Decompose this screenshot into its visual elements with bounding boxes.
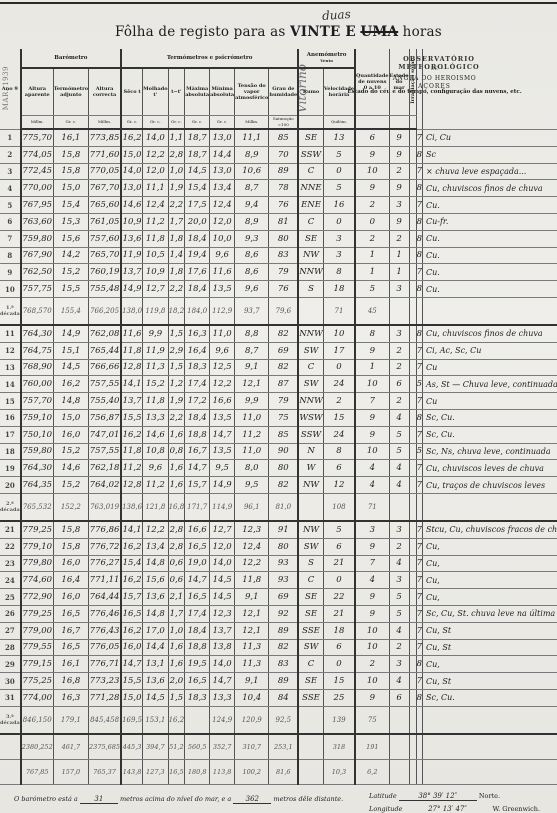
cell-altura-aparente: 779,10 <box>21 538 54 555</box>
cell-diff: 2,1 <box>168 589 185 606</box>
cell-diff: 1,6 <box>168 426 185 443</box>
day-row: 20764,3515,2764,0212,811,21,615,714,99,5… <box>0 477 557 494</box>
cell-rumo: SW <box>298 376 323 393</box>
cell-humidade: 69 <box>269 589 298 606</box>
cell-maxima: 16,5 <box>185 589 210 606</box>
cell-diff: 1,8 <box>168 230 185 247</box>
cell-velocidade: 5 <box>323 180 355 197</box>
day-row: 14760,0016,2757,5514,115,21,217,412,212,… <box>0 376 557 393</box>
cell-rumo: NNW <box>298 264 323 281</box>
cell-minima: 13,5 <box>210 409 235 426</box>
cell-diff: 1,5 <box>168 325 185 342</box>
cell-velocidade: 10 <box>323 325 355 342</box>
cell-humidade: 82 <box>269 359 298 376</box>
cell-rumo: N <box>298 443 323 460</box>
cell-termometro-adjunto: 15,2 <box>53 477 88 494</box>
cell-irradiacao <box>409 297 416 325</box>
register-table: Ano 9 Barómetro Termómetros e psicrómetr… <box>0 49 557 785</box>
cell-maxima: 16,4 <box>185 342 210 359</box>
cell-termometro-adjunto: 15,0 <box>53 409 88 426</box>
cell-velocidade: 6 <box>323 460 355 477</box>
cell-humidade: 92 <box>269 605 298 622</box>
observation-text: Cu, <box>422 572 557 589</box>
cell-tensao: 8,7 <box>235 180 269 197</box>
cell-rumo: SW <box>298 639 323 656</box>
cell-mar: 2 <box>389 393 409 410</box>
cell-termometro-adjunto: 15,3 <box>53 213 88 230</box>
cell-irradiacao <box>409 325 416 342</box>
cell-molhado: 12,4 <box>143 197 168 214</box>
cell-mar: 2 <box>389 538 409 555</box>
observation-text: Cu. <box>422 230 557 247</box>
cell-minima: 13,3 <box>210 689 235 706</box>
cell-termometro-adjunto: 15,8 <box>53 163 88 180</box>
cell-humidade: 89 <box>269 163 298 180</box>
cell-tensao: 310,7 <box>235 734 269 760</box>
cell-irradiacao <box>409 460 416 477</box>
cell-minima: 12,0 <box>210 213 235 230</box>
day-row: 6763,6015,3761,0510,911,21,720,012,08,98… <box>0 213 557 230</box>
cell-tensao: 12,3 <box>235 521 269 538</box>
cell-velocidade: 17 <box>323 342 355 359</box>
cell-rumo: W <box>298 460 323 477</box>
latitude-line: Latitude 38° 39′ 12″ Norte. <box>369 792 500 801</box>
cell-altura-correcta: 763,019 <box>89 493 122 521</box>
cell-minima: 13,5 <box>210 281 235 298</box>
cell-maxima: 16,7 <box>185 443 210 460</box>
col-header-diff: t−t' <box>168 68 185 116</box>
cell-tensao: 12,1 <box>235 605 269 622</box>
cell-termometro-adjunto: 16,5 <box>53 605 88 622</box>
day-row: 21779,2515,8776,8614,112,22,816,612,712,… <box>0 521 557 538</box>
cell-seco: 11,2 <box>121 460 143 477</box>
cell-humidade: 83 <box>269 247 298 264</box>
cell-molhado: 119,8 <box>143 297 168 325</box>
cell-tensao: 11,0 <box>235 409 269 426</box>
cell-minima: 12,2 <box>210 376 235 393</box>
cell-rumo: SSW <box>298 426 323 443</box>
cell-altura-aparente: 764,75 <box>21 342 54 359</box>
cell-termometro-adjunto: 14,8 <box>53 393 88 410</box>
cell-molhado: 11,9 <box>143 342 168 359</box>
cell-diff: 2,2 <box>168 281 185 298</box>
cell-altura-aparente: 764,35 <box>21 477 54 494</box>
cell-humidade: 92,5 <box>269 706 298 734</box>
unit-diff: Gr. c. <box>168 116 185 130</box>
cell-altura-correcta: 771,60 <box>89 146 122 163</box>
cell-maxima: 18,7 <box>185 146 210 163</box>
unit-minima: Gr. c. <box>210 116 235 130</box>
cell-nuvens: 191 <box>355 734 389 760</box>
cell-diff: 1,8 <box>168 264 185 281</box>
cell-tensao: 12,4 <box>235 538 269 555</box>
cell-molhado: 13,4 <box>143 538 168 555</box>
cell-termometro-adjunto: 15,8 <box>53 538 88 555</box>
cell-seco: 15,0 <box>121 689 143 706</box>
cell-altura-aparente: 775,25 <box>21 673 54 690</box>
top-rule <box>0 2 557 4</box>
observation-text: Cu, chuviscos leves de chuva <box>422 460 557 477</box>
cell-rumo: NNW <box>298 325 323 342</box>
cell-tensao: 9,4 <box>235 197 269 214</box>
cell-minima: 13,7 <box>210 622 235 639</box>
cell-altura-correcta: 776,72 <box>89 538 122 555</box>
cell-molhado: 12,2 <box>143 146 168 163</box>
cell-molhado: 14,8 <box>143 555 168 572</box>
observation-text: As, St — Chuva leve, continuada das 15h … <box>422 376 557 393</box>
cell-altura-correcta: 756,87 <box>89 409 122 426</box>
cell-altura-aparente: 768,570 <box>21 297 54 325</box>
cell-irradiacao <box>409 605 416 622</box>
cell-rumo: C <box>298 656 323 673</box>
longitude-line: Longitude 27° 13′ 47″ W. Greenwich. <box>369 805 540 813</box>
col-header-seco: Sêco t <box>121 68 143 116</box>
cell-minima: 11,6 <box>210 264 235 281</box>
cell-maxima: 18,4 <box>185 230 210 247</box>
cell-nuvens: 71 <box>355 493 389 521</box>
cell-mar: 4 <box>389 555 409 572</box>
cell-humidade: 80 <box>269 230 298 247</box>
cell-humidade: 82 <box>269 325 298 342</box>
observation-text: Stcu, Cu, chuviscos fracos de chuva na ú… <box>422 521 557 538</box>
unit-altura-aparente: Millm. <box>21 116 54 130</box>
cell-rumo: C <box>298 163 323 180</box>
cell-seco: 11,8 <box>121 342 143 359</box>
cell-molhado: 11,8 <box>143 230 168 247</box>
cell-diff: 1,9 <box>168 180 185 197</box>
monthly-summary-row: 2380,252461,72375,685445,3394,751,2560,5… <box>0 734 557 760</box>
cell-velocidade: 16 <box>323 197 355 214</box>
cell-termometro-adjunto: 15,8 <box>53 521 88 538</box>
day-row: 11764,3014,9762,0811,69,91,516,311,08,88… <box>0 325 557 342</box>
title-suffix: horas <box>403 24 442 40</box>
cell-diff: 1,0 <box>168 163 185 180</box>
cell-seco: 13,7 <box>121 393 143 410</box>
decade-summary-row: 2.ª década765,532152,2763,019138,6121,81… <box>0 493 557 521</box>
day-row: 13768,9014,5766,6612,811,31,518,312,59,1… <box>0 359 557 376</box>
cell-mar: 3 <box>389 656 409 673</box>
cell-seco: 14,9 <box>121 281 143 298</box>
cell-velocidade: 18 <box>323 622 355 639</box>
cell-maxima: 560,5 <box>185 734 210 760</box>
cell-rumo <box>298 493 323 521</box>
cell-minima: 14,4 <box>210 146 235 163</box>
cell-maxima: 16,6 <box>185 521 210 538</box>
cell-velocidade: 18 <box>323 281 355 298</box>
cell-seco: 13,7 <box>121 264 143 281</box>
cell-maxima: 17,4 <box>185 605 210 622</box>
cell-nuvens: 1 <box>355 247 389 264</box>
cell-rumo: SE <box>298 230 323 247</box>
cell-termometro-adjunto: 15,1 <box>53 342 88 359</box>
cell-humidade: 82 <box>269 639 298 656</box>
cell-altura-aparente: 770,00 <box>21 180 54 197</box>
day-number: 17 <box>0 426 21 443</box>
cell-molhado: 14,0 <box>143 129 168 146</box>
day-number: 15 <box>0 393 21 410</box>
cell-altura-aparente: 763,60 <box>21 213 54 230</box>
cell-humidade: 79,6 <box>269 297 298 325</box>
cell-tensao: 8,8 <box>235 325 269 342</box>
cell-nuvens: 4 <box>355 460 389 477</box>
cell-seco: 16,2 <box>121 572 143 589</box>
cell-irradiacao <box>409 359 416 376</box>
observation-text: Cu, chuviscos finos de chuva <box>422 325 557 342</box>
col-header-rumo: Rumo <box>298 68 323 116</box>
observation-text: Cu, St <box>422 673 557 690</box>
decade-summary-row: 3.ª década846,150179,1845,458169,5153,11… <box>0 706 557 734</box>
cell-altura-correcta: 770,05 <box>89 163 122 180</box>
cell-rumo: SW <box>298 538 323 555</box>
cell-tensao: 10,4 <box>235 689 269 706</box>
cell-humidade: 89 <box>269 673 298 690</box>
cell-altura-correcta: 755,40 <box>89 393 122 410</box>
cell-seco: 16,0 <box>121 639 143 656</box>
day-row: 24774,6016,4771,1116,215,60,614,714,511,… <box>0 572 557 589</box>
footer: O barómetro está a 31 metros acima do ní… <box>0 770 557 813</box>
cell-seco: 16,5 <box>121 605 143 622</box>
day-row: 25772,9016,0764,4415,713,62,116,514,59,1… <box>0 589 557 606</box>
day-number: 3 <box>0 163 21 180</box>
cell-altura-correcta: 764,02 <box>89 477 122 494</box>
day-number: 13 <box>0 359 21 376</box>
cell-velocidade: 6 <box>323 639 355 656</box>
cell-termometro-adjunto: 15,8 <box>53 146 88 163</box>
cell-nuvens: 75 <box>355 706 389 734</box>
cell-mar: 9 <box>389 146 409 163</box>
cell-irradiacao <box>409 689 416 706</box>
cell-diff: 2,0 <box>168 673 185 690</box>
col-header-minima: Mínima absoluta <box>210 68 235 116</box>
cell-nuvens: 9 <box>355 605 389 622</box>
observation-text: × chuva leve espaçada... <box>422 163 557 180</box>
observation-text: Sc, Cu. <box>422 409 557 426</box>
cell-tensao: 8,6 <box>235 247 269 264</box>
cell-tensao: 9,3 <box>235 230 269 247</box>
unit-rumo <box>298 116 323 130</box>
cell-molhado: 11,1 <box>143 180 168 197</box>
cell-irradiacao <box>409 264 416 281</box>
cell-altura-correcta: 773,23 <box>89 673 122 690</box>
cell-rumo <box>298 734 323 760</box>
cell-velocidade: 3 <box>323 230 355 247</box>
cell-nuvens: 10 <box>355 639 389 656</box>
cell-minima: 13,0 <box>210 163 235 180</box>
day-number: 19 <box>0 460 21 477</box>
cell-humidade: 89 <box>269 622 298 639</box>
col-header-molhado: Molhado t' <box>143 68 168 116</box>
day-row: 29779,1516,1776,7114,713,11,619,514,011,… <box>0 656 557 673</box>
cell-altura-correcta: 845,458 <box>89 706 122 734</box>
cell-altura-aparente: 846,150 <box>21 706 54 734</box>
cell-molhado: 14,4 <box>143 639 168 656</box>
cell-termometro-adjunto: 16,1 <box>53 656 88 673</box>
cell-nuvens: 9 <box>355 409 389 426</box>
cell-tensao: 12,2 <box>235 555 269 572</box>
day-row: 12764,7515,1765,4411,811,92,916,49,68,76… <box>0 342 557 359</box>
cell-velocidade: 21 <box>323 555 355 572</box>
cell-minima: 9,6 <box>210 247 235 264</box>
cell-mar: 3 <box>389 197 409 214</box>
cell-nuvens: 10 <box>355 376 389 393</box>
cell-molhado: 17,0 <box>143 622 168 639</box>
cell-altura-aparente: 760,00 <box>21 376 54 393</box>
observation-text: Cu, <box>422 589 557 606</box>
cell-altura-aparente: 774,00 <box>21 689 54 706</box>
cell-maxima: 16,5 <box>185 673 210 690</box>
cell-diff: 1,5 <box>168 359 185 376</box>
cell-molhado: 9,6 <box>143 460 168 477</box>
cell-molhado: 11,3 <box>143 359 168 376</box>
cell-diff: 1,4 <box>168 247 185 264</box>
cell-altura-correcta: 766,66 <box>89 359 122 376</box>
observation-text: Cu, <box>422 656 557 673</box>
cell-velocidade: 5 <box>323 521 355 538</box>
unit-tensao: Millm. <box>235 116 269 130</box>
page-title: Fôlha de registo para as VINTE E UMA hor… <box>0 24 557 40</box>
cell-diff: 1,0 <box>168 622 185 639</box>
cell-mar: 4 <box>389 460 409 477</box>
cell-diff: 16,8 <box>168 493 185 521</box>
cell-rumo <box>298 297 323 325</box>
cell-minima: 12,5 <box>210 359 235 376</box>
cell-altura-aparente: 759,80 <box>21 443 54 460</box>
cell-nuvens: 9 <box>355 689 389 706</box>
cell-nuvens: 9 <box>355 538 389 555</box>
cell-minima: 352,7 <box>210 734 235 760</box>
cell-mar <box>389 493 409 521</box>
cell-velocidade: 2 <box>323 393 355 410</box>
cell-humidade: 90 <box>269 443 298 460</box>
cell-altura-correcta: 765,70 <box>89 247 122 264</box>
unit-velocidade: Quilóm. <box>323 116 355 130</box>
cell-tensao: 12,1 <box>235 376 269 393</box>
unit-molhado: Gr. c. <box>143 116 168 130</box>
cell-molhado: 12,2 <box>143 521 168 538</box>
cell-molhado: 13,6 <box>143 589 168 606</box>
cell-maxima: 17,4 <box>185 376 210 393</box>
cell-rumo: SE <box>298 605 323 622</box>
longitude-value: 27° 13′ 47″ <box>405 805 491 813</box>
cell-molhado: 14,5 <box>143 689 168 706</box>
day-row: 27779,0016,7776,4316,217,01,018,413,712,… <box>0 622 557 639</box>
cell-tensao: 96,1 <box>235 493 269 521</box>
cell-mar: 5 <box>389 605 409 622</box>
cell-humidade: 69 <box>269 342 298 359</box>
cell-tensao: 11,3 <box>235 656 269 673</box>
cell-maxima: 17,6 <box>185 264 210 281</box>
day-row: 30775,2516,8773,2315,513,62,016,514,79,1… <box>0 673 557 690</box>
cell-tensao: 8,9 <box>235 146 269 163</box>
cell-velocidade: 15 <box>323 673 355 690</box>
day-row: 23779,8016,0776,2715,414,80,619,014,012,… <box>0 555 557 572</box>
cell-rumo: C <box>298 359 323 376</box>
cell-diff: 1,1 <box>168 129 185 146</box>
cell-maxima: 17,2 <box>185 393 210 410</box>
thermometers-group-header: Termómetros e psicrómetro <box>121 49 298 68</box>
cell-irradiacao <box>409 572 416 589</box>
cell-seco: 14,7 <box>121 656 143 673</box>
cell-rumo: NNW <box>298 393 323 410</box>
cell-mar <box>389 734 409 760</box>
cell-molhado: 10,5 <box>143 247 168 264</box>
cell-diff: 1,5 <box>168 689 185 706</box>
day-row: 10757,7515,5755,4814,912,72,218,413,59,6… <box>0 281 557 298</box>
cell-molhado: 12,0 <box>143 163 168 180</box>
cell-termometro-adjunto: 179,1 <box>53 706 88 734</box>
cell-rumo: NW <box>298 247 323 264</box>
cell-diff: 2,2 <box>168 409 185 426</box>
cell-rumo: WSW <box>298 409 323 426</box>
cell-minima: 14,7 <box>210 426 235 443</box>
cell-maxima: 18,4 <box>185 409 210 426</box>
cell-diff: 18,2 <box>168 297 185 325</box>
day-number: 3.ª década <box>0 706 21 734</box>
cell-termometro-adjunto: 155,4 <box>53 297 88 325</box>
cell-tensao: 11,0 <box>235 443 269 460</box>
day-number: 4 <box>0 180 21 197</box>
cell-nuvens: 7 <box>355 393 389 410</box>
cell-diff: 0,6 <box>168 555 185 572</box>
cell-rumo: SSE <box>298 689 323 706</box>
cell-irradiacao <box>409 673 416 690</box>
cell-irradiacao <box>409 589 416 606</box>
observation-text: Cu, <box>422 555 557 572</box>
cell-diff: 1,7 <box>168 605 185 622</box>
cell-tensao: 11,8 <box>235 572 269 589</box>
cell-diff: 1,6 <box>168 460 185 477</box>
cell-nuvens: 9 <box>355 589 389 606</box>
day-row: 2774,0515,8771,6015,012,22,818,714,48,97… <box>0 146 557 163</box>
cell-tensao: 11,3 <box>235 639 269 656</box>
col-header-altura-correcta: Altura correcta <box>89 68 122 116</box>
cell-maxima: 18,8 <box>185 426 210 443</box>
cell-altura-aparente: 767,95 <box>21 197 54 214</box>
cell-minima: 14,5 <box>210 589 235 606</box>
cell-humidade: 81,0 <box>269 493 298 521</box>
col-header-mar: Estado do mar <box>389 49 409 116</box>
cell-irradiacao <box>409 521 416 538</box>
cell-altura-correcta: 766,205 <box>89 297 122 325</box>
day-row: 31774,0016,3771,2815,014,51,518,313,310,… <box>0 689 557 706</box>
cell-irradiacao <box>409 656 416 673</box>
day-row: 28779,5516,5776,0516,014,41,618,813,811,… <box>0 639 557 656</box>
register-sheet: Fôlha de registo para as VINTE E UMA hor… <box>0 0 557 813</box>
observation-text: Cu, chuviscos finos de chuva <box>422 180 557 197</box>
cell-velocidade: 6 <box>323 538 355 555</box>
cell-molhado: 11,2 <box>143 213 168 230</box>
cell-altura-aparente: 764,30 <box>21 325 54 342</box>
cell-mar <box>389 706 409 734</box>
day-number: 5 <box>0 197 21 214</box>
cell-diff: 2,8 <box>168 521 185 538</box>
day-row: 1775,7016,1773,8516,214,01,118,713,011,1… <box>0 129 557 146</box>
cell-mar: 2 <box>389 359 409 376</box>
day-number: 22 <box>0 538 21 555</box>
cell-rumo: SE <box>298 589 323 606</box>
cell-mar: 3 <box>389 325 409 342</box>
cell-irradiacao <box>409 393 416 410</box>
cell-tensao: 9,9 <box>235 393 269 410</box>
day-row: 15757,7014,8755,4013,711,81,917,216,69,9… <box>0 393 557 410</box>
cell-maxima: 19,0 <box>185 555 210 572</box>
cell-termometro-adjunto: 15,0 <box>53 180 88 197</box>
cell-mar: 4 <box>389 477 409 494</box>
cell-altura-correcta: 776,46 <box>89 605 122 622</box>
cell-tensao: 11,1 <box>235 129 269 146</box>
cell-altura-aparente: 765,532 <box>21 493 54 521</box>
title-struck-word: UMA <box>360 24 398 40</box>
